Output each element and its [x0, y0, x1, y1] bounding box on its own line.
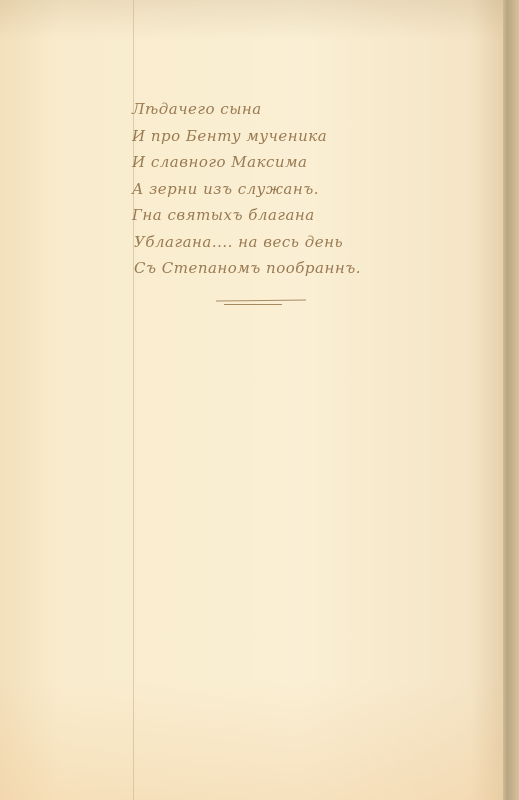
text-line-7: Съ Степаномъ пообраннъ. [130, 255, 430, 282]
end-flourish-bottom [224, 304, 282, 305]
text-line-3: И славного Максима [130, 149, 430, 176]
page-binding-edge [503, 0, 519, 800]
text-line-6: Ублагана.... на весь день [130, 229, 430, 256]
text-line-1: Лѣдачего сына [130, 96, 430, 123]
text-line-4: А зерни изъ служанъ. [130, 176, 430, 203]
end-flourish-top [216, 300, 306, 302]
text-line-2: И про Бенту мученика [130, 123, 430, 150]
paper-stain [0, 680, 505, 800]
manuscript-page: Лѣдачего сына И про Бенту мученика И сла… [0, 0, 519, 800]
text-line-5: Гна святыхъ благана [130, 202, 430, 229]
handwritten-text-block: Лѣдачего сына И про Бенту мученика И сла… [130, 96, 430, 282]
